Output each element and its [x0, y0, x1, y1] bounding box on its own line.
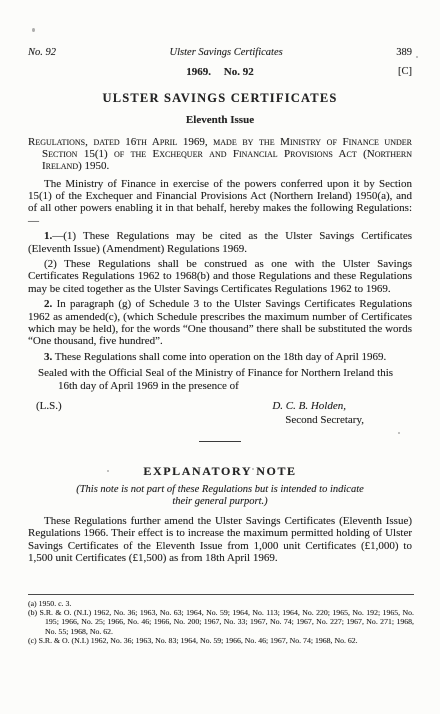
paragraph-text: In paragraph (g) of Schedule 3 to the Ul…	[28, 298, 412, 347]
signatory-role: Second Secretary,	[272, 414, 364, 427]
header-page-number: 389	[396, 46, 412, 59]
paragraph-number: 3.	[44, 351, 52, 363]
header-rule-number: No. 92	[28, 46, 56, 59]
sealing-clause: Sealed with the Official Seal of the Min…	[28, 367, 412, 392]
document-page: No. 92 Ulster Savings Certificates 389 1…	[0, 0, 440, 714]
paragraph-enacting: The Ministry of Finance in exercise of t…	[28, 178, 412, 228]
issue-subtitle: Eleventh Issue	[28, 114, 412, 127]
scan-speck	[416, 56, 418, 58]
signatory: D. C. B. Holden, Second Secretary,	[272, 400, 364, 427]
paragraph-text: —(1) These Regulations may be cited as t…	[28, 230, 412, 254]
header-running-title: Ulster Savings Certificates	[170, 46, 283, 59]
footnotes: (a) 1950. c. 3. (b) S.R. & O. (N.I.) 196…	[28, 594, 414, 645]
paragraph-text: (2) These Regulations shall be construed…	[28, 258, 412, 295]
paragraph-regulation-3: 3. These Regulations shall come into ope…	[28, 351, 412, 363]
paragraph-number: 2.	[44, 298, 52, 310]
footnote-text: S.R. & O. (N.I.) 1962, No. 36; 1963, No.…	[39, 636, 358, 645]
running-header: No. 92 Ulster Savings Certificates 389	[28, 46, 412, 59]
explanatory-note-disclaimer: (This note is not part of these Regulati…	[70, 484, 370, 508]
scan-speck	[252, 468, 254, 470]
footnote-c: (c) S.R. & O. (N.I.) 1962, No. 36; 1963,…	[28, 636, 414, 645]
signature-block: (L.S.) D. C. B. Holden, Second Secretary…	[28, 400, 412, 427]
scan-speck	[107, 470, 109, 472]
paragraph-number: 1.	[44, 230, 52, 242]
citation-number: No. 92	[224, 66, 254, 78]
rule-citation-line: 1969. No. 92 [C]	[28, 65, 412, 79]
footnote-text: S.R. & O. (N.I.) 1962, No. 36; 1963, No.…	[40, 608, 414, 635]
footnote-label: (a)	[28, 599, 37, 608]
explanatory-note-body: These Regulations further amend the Ulst…	[28, 515, 412, 564]
signatory-name: D. C. B. Holden,	[272, 400, 364, 413]
scan-speck	[32, 28, 35, 32]
citation-year: 1969.	[186, 66, 211, 78]
preamble: Regulations, dated 16th April 1969, made…	[28, 136, 412, 173]
section-divider	[199, 441, 241, 442]
footnote-text: 1950. c. 3.	[39, 599, 72, 608]
footnote-label: (c)	[28, 636, 37, 645]
footnote-label: (b)	[28, 608, 37, 617]
seal-mark: (L.S.)	[36, 400, 62, 413]
footnote-b: (b) S.R. & O. (N.I.) 1962, No. 36; 1963,…	[28, 608, 414, 636]
paragraph-text: These Regulations shall come into operat…	[52, 351, 386, 363]
paragraph-text: The Ministry of Finance in exercise of t…	[28, 178, 412, 227]
scan-speck	[398, 432, 400, 434]
classification-mark: [C]	[398, 65, 412, 79]
paragraph-regulation-2: 2. In paragraph (g) of Schedule 3 to the…	[28, 298, 412, 348]
footnote-a: (a) 1950. c. 3.	[28, 599, 414, 608]
document-title: ULSTER SAVINGS CERTIFICATES	[28, 90, 412, 106]
explanatory-note-heading: EXPLANATORY NOTE	[28, 464, 412, 478]
paragraph-regulation-1: 1.—(1) These Regulations may be cited as…	[28, 230, 412, 255]
paragraph-regulation-1-2: (2) These Regulations shall be construed…	[28, 258, 412, 295]
